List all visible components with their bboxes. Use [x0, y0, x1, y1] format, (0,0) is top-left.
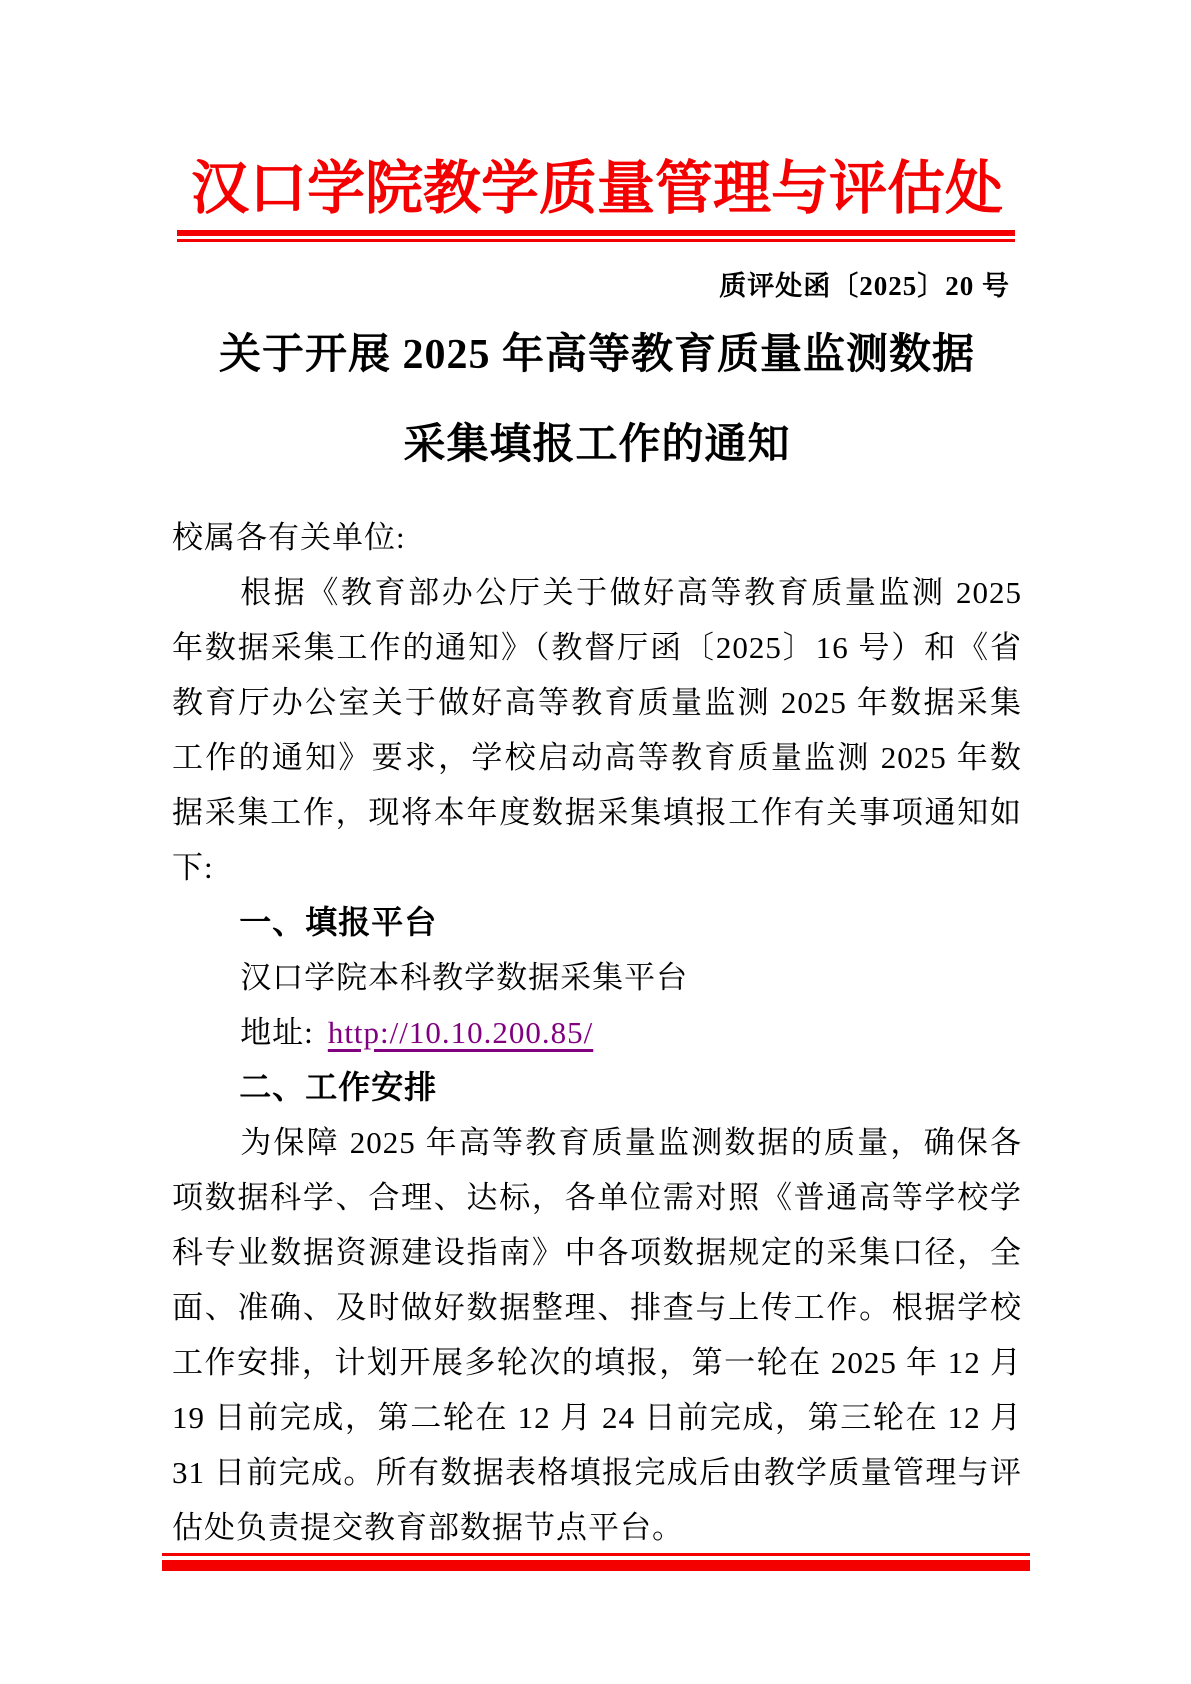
platform-name: 汉口学院本科教学数据采集平台	[172, 950, 1022, 1005]
document-title-line-1: 关于开展 2025 年高等教育质量监测数据	[172, 310, 1022, 400]
footer-rule-thin	[162, 1553, 1030, 1556]
address-label: 地址:	[240, 1015, 314, 1050]
salutation: 校属各有关单位:	[172, 510, 1022, 565]
platform-address-line: 地址:http://10.10.200.85/	[172, 1005, 1022, 1060]
document-page: 汉口学院教学质量管理与评估处 质评处函〔2025〕20 号 关于开展 2025 …	[0, 0, 1191, 1684]
document-body: 校属各有关单位: 根据《教育部办公厅关于做好高等教育质量监测 2025 年数据采…	[172, 510, 1022, 1555]
document-title: 关于开展 2025 年高等教育质量监测数据 采集填报工作的通知	[172, 310, 1022, 490]
org-title: 汉口学院教学质量管理与评估处	[172, 158, 1022, 220]
work-arrangement-paragraph: 为保障 2025 年高等教育质量监测数据的质量，确保各项数据科学、合理、达标，各…	[172, 1115, 1022, 1555]
letterhead: 汉口学院教学质量管理与评估处 质评处函〔2025〕20 号	[172, 158, 1022, 302]
document-title-line-2: 采集填报工作的通知	[172, 400, 1022, 490]
doc-number: 质评处函〔2025〕20 号	[172, 270, 1022, 302]
letterhead-rule-thick	[177, 230, 1015, 236]
section-2-heading: 二、工作安排	[172, 1060, 1022, 1115]
footer-rule-thick	[162, 1560, 1030, 1571]
letterhead-rule-thin	[177, 239, 1015, 242]
intro-paragraph: 根据《教育部办公厅关于做好高等教育质量监测 2025 年数据采集工作的通知》（教…	[172, 565, 1022, 895]
platform-url-link[interactable]: http://10.10.200.85/	[328, 1015, 593, 1050]
section-1-heading: 一、填报平台	[172, 895, 1022, 950]
